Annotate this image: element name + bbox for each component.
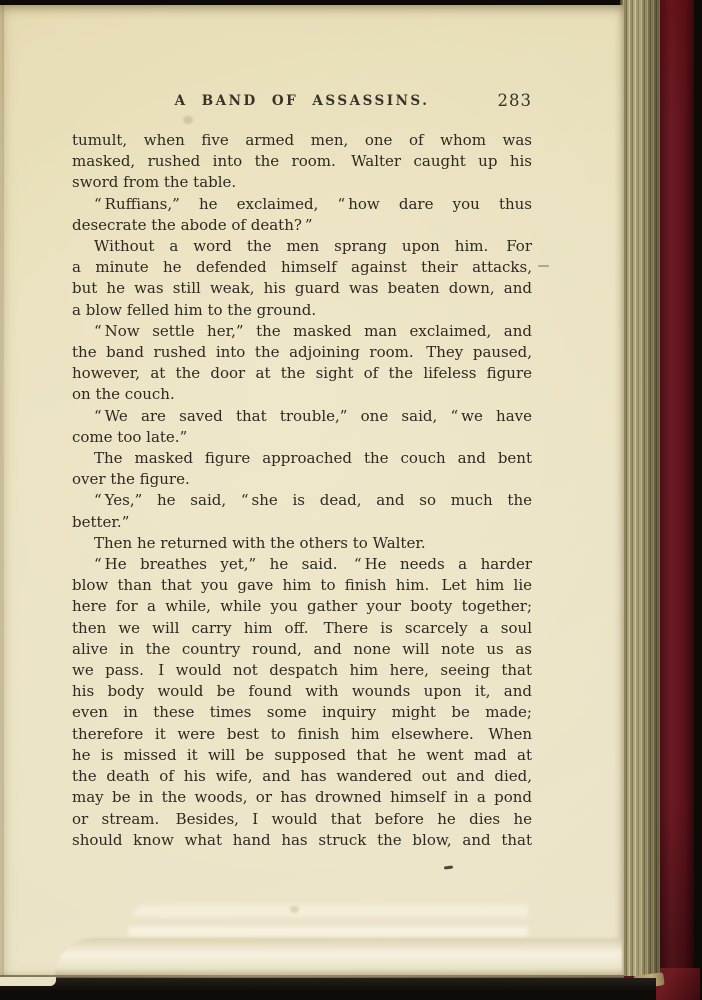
text-line: even in these times some inquiry might b… <box>72 702 532 723</box>
text-line: “ Yes,” he said, “ she is dead, and so m… <box>72 490 532 511</box>
running-head: A BAND OF ASSASSINS. <box>72 93 532 109</box>
text-line: we pass. I would not despatch him here, … <box>72 660 532 681</box>
text-line: blow than that you gave him to finish hi… <box>72 575 532 596</box>
paper-spot <box>290 906 299 913</box>
margin-mark <box>538 265 549 267</box>
background-shadow <box>0 978 656 1000</box>
page-fore-edge <box>620 0 660 976</box>
text-line: over the figure. <box>72 469 532 490</box>
body-text: tumult, when five armed men, one of whom… <box>72 130 532 851</box>
text-line: should know what hand has struck the blo… <box>72 830 532 851</box>
text-line: sword from the table. <box>72 172 532 193</box>
scanned-book-photo: A BAND OF ASSASSINS. 283 tumult, when fi… <box>0 0 702 1000</box>
text-line: alive in the country round, and none wil… <box>72 639 532 660</box>
text-line: tumult, when five armed men, one of whom… <box>72 130 532 151</box>
underpage-highlight <box>128 900 528 940</box>
text-line: however, at the door at the sight of the… <box>72 363 532 384</box>
text-line: desecrate the abode of death? ” <box>72 215 532 236</box>
text-line: his body would be found with wounds upon… <box>72 681 532 702</box>
text-line: the band rushed into the adjoining room.… <box>72 342 532 363</box>
book-cover-spine <box>656 0 694 1000</box>
text-line: therefore it were best to finish him els… <box>72 724 532 745</box>
text-line: but he was still weak, his guard was bea… <box>72 278 532 299</box>
page-left-crease <box>2 5 4 977</box>
text-line: The masked figure approached the couch a… <box>72 448 532 469</box>
text-line: or stream. Besides, I would that before … <box>72 809 532 830</box>
paper-smudge <box>183 116 193 124</box>
underpage-edges <box>55 938 622 977</box>
text-line: a minute he defended himself against the… <box>72 257 532 278</box>
text-line: he is missed it will be supposed that he… <box>72 745 532 766</box>
text-line: then we will carry him off. There is sca… <box>72 618 532 639</box>
page-number: 283 <box>498 91 533 110</box>
text-line: here for a while, while you gather your … <box>72 596 532 617</box>
text-line: “ We are saved that trouble,” one said, … <box>72 406 532 427</box>
text-line: a blow felled him to the ground. <box>72 300 532 321</box>
page-corner-step <box>0 977 56 986</box>
text-line: better.” <box>72 512 532 533</box>
text-line: come too late.” <box>72 427 532 448</box>
text-line: “ Now settle her,” the masked man exclai… <box>72 321 532 342</box>
text-line: “ He breathes yet,” he said. “ He needs … <box>72 554 532 575</box>
text-line: Without a word the men sprang upon him. … <box>72 236 532 257</box>
text-line: “ Ruffians,” he exclaimed, “ how dare yo… <box>72 194 532 215</box>
text-line: may be in the woods, or has drowned hims… <box>72 787 532 808</box>
page-header: A BAND OF ASSASSINS. 283 <box>72 93 532 115</box>
text-line: Then he returned with the others to Walt… <box>72 533 532 554</box>
text-line: the death of his wife, and has wandered … <box>72 766 532 787</box>
text-line: on the couch. <box>72 384 532 405</box>
text-line: masked, rushed into the room. Walter cau… <box>72 151 532 172</box>
